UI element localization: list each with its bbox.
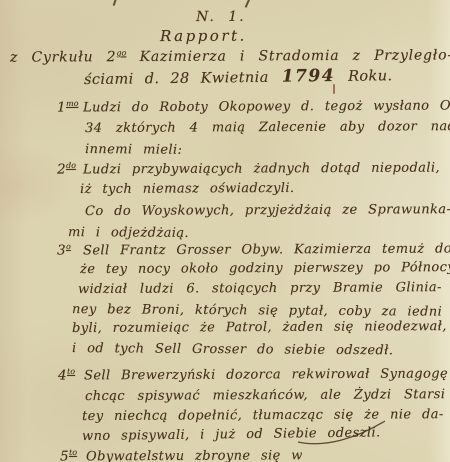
item-2-line-2: iż tych niemasz oświadczyli.	[80, 182, 295, 196]
paragraph-line-2: mi i odjeżdżaią.	[68, 226, 189, 240]
item-3-line-4: ney bez Broni, których się pytał, coby z…	[72, 303, 442, 319]
item-3-line-2: że tey nocy około godziny pierwszey po P…	[80, 261, 450, 276]
date-pre: ściami d. 28 Kwietnia	[84, 70, 269, 88]
item-3-line-5: byli, rozumieiąc że Patrol, żaden się ni…	[72, 320, 447, 335]
item-3-marker: 3o	[57, 243, 83, 258]
item-4-marker: 4to	[58, 368, 84, 383]
document-title: Rapport.	[160, 29, 247, 44]
paragraph-line-1: Co do Woyskowych, przyjeżdżaią ze Sprawu…	[85, 203, 450, 218]
item-4-line-1: 4toSell Brewerzyński dozorca rekwirował …	[58, 366, 448, 383]
item-5-line-1: 5toObywatelstwu zbroyne się w	[60, 448, 303, 462]
manuscript-page: N. 1. Rapport. z Cyrkułu 2go Kazimierza …	[0, 0, 450, 462]
item-4-line-2: chcąc spisywać mieszkańców, ale Żydzi St…	[85, 388, 445, 403]
pen-flourish	[295, 418, 390, 446]
item-1-line-2: 34 zktórych 4 maią Zalecenie aby dozor n…	[85, 120, 450, 135]
origin-ordinal: go	[116, 48, 126, 57]
item-3-line-3: widział ludzi 6. stoiących przy Bramie G…	[78, 281, 442, 296]
item-2-line-1: 2doLudzi przybywaiących żadnych dotąd ni…	[57, 160, 440, 177]
item-1-line-1: 1moLudzi do Roboty Okopowey d. tegoż wys…	[57, 98, 450, 115]
item-1-line-3: innemi mieli:	[85, 143, 182, 157]
ink-fragment	[113, 0, 118, 6]
item-3-line-1: 3oSell Frantz Grosser Obyw. Kazimierza t…	[57, 241, 450, 258]
origin-line: z Cyrkułu 2go Kazimierza i Stradomia z P…	[10, 48, 450, 65]
date-year: 1794	[280, 66, 338, 87]
date-line: ściami d. 28 Kwietnia 1794 Roku.	[84, 67, 393, 88]
item-2-marker: 2do	[57, 162, 83, 177]
item-5-marker: 5to	[60, 449, 86, 462]
item-3-line-6: i od tych Sell Grosser do siebie odszedł…	[72, 342, 393, 357]
document-number: N. 1.	[196, 10, 246, 24]
ink-fragment	[245, 0, 252, 8]
date-post: Roku.	[348, 68, 393, 85]
origin-pre: z Cyrkułu 2	[10, 49, 116, 66]
origin-post: Kazimierza i Stradomia z Przyległo-	[126, 47, 450, 65]
item-1-marker: 1mo	[57, 100, 83, 115]
